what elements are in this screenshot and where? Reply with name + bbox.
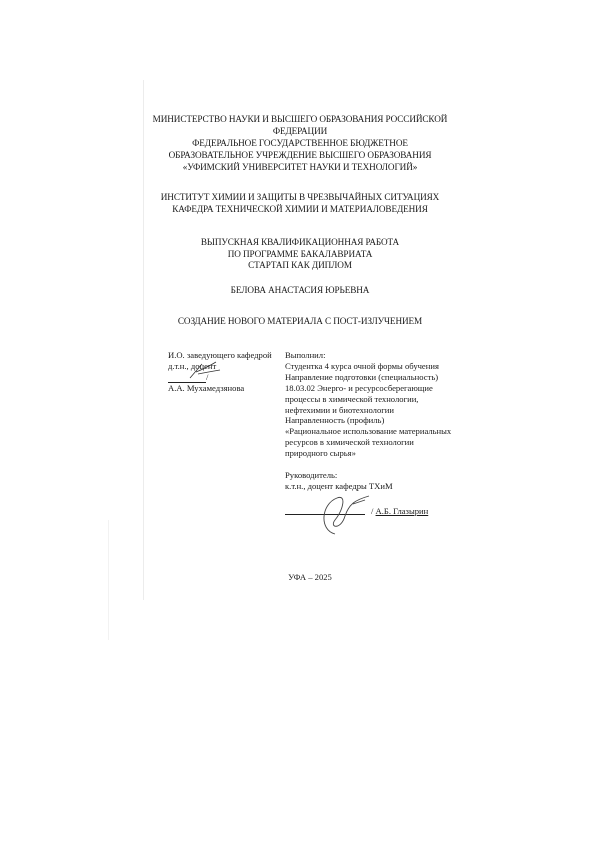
institute-name: ИНСТИТУТ ХИМИИ И ЗАЩИТЫ В ЧРЕЗВЫЧАЙНЫХ С… xyxy=(140,191,460,203)
ministry-line: МИНИСТЕРСТВО НАУКИ И ВЫСШЕГО ОБРАЗОВАНИЯ… xyxy=(140,113,460,125)
ministry-header: МИНИСТЕРСТВО НАУКИ И ВЫСШЕГО ОБРАЗОВАНИЯ… xyxy=(140,113,460,173)
performed-line: 18.03.02 Энерго- и ресурсосберегающие xyxy=(285,383,485,394)
work-type-line: ВЫПУСКНАЯ КВАЛИФИКАЦИОННАЯ РАБОТА xyxy=(140,237,460,249)
supervisor-signature-row: / А.Б. Глазырин xyxy=(285,498,485,528)
department-name: КАФЕДРА ТЕХНИЧЕСКОЙ ХИМИИ И МАТЕРИАЛОВЕД… xyxy=(140,203,460,215)
separator: / xyxy=(371,506,373,516)
supervisor-name: А.Б. Глазырин xyxy=(376,506,429,516)
performed-line: Направленность (профиль) xyxy=(285,415,485,426)
ministry-line: ФЕДЕРАЛЬНОЕ ГОСУДАРСТВЕННОЕ БЮДЖЕТНОЕ xyxy=(140,137,460,149)
supervisor-signature-icon xyxy=(313,490,373,538)
supervisor-name-block: / А.Б. Глазырин xyxy=(371,506,428,517)
performed-line: «Рациональное использование материальных xyxy=(285,426,485,437)
head-signature-icon xyxy=(186,358,226,382)
ministry-line: ОБРАЗОВАТЕЛЬНОЕ УЧРЕЖДЕНИЕ ВЫСШЕГО ОБРАЗ… xyxy=(140,149,460,161)
performed-label: Выполнил: xyxy=(285,350,485,361)
work-type-line: СТАРТАП КАК ДИПЛОМ xyxy=(140,260,460,272)
thesis-topic: СОЗДАНИЕ НОВОГО МАТЕРИАЛА С ПОСТ-ИЗЛУЧЕН… xyxy=(140,315,460,327)
performed-line: ресурсов в химической технологии xyxy=(285,437,485,448)
author-name: БЕЛОВА АНАСТАСИЯ ЮРЬЕВНА xyxy=(140,284,460,296)
performed-line: природного сырья» xyxy=(285,448,485,459)
ministry-line: ФЕДЕРАЦИИ xyxy=(140,125,460,137)
work-type-block: ВЫПУСКНАЯ КВАЛИФИКАЦИОННАЯ РАБОТА ПО ПРО… xyxy=(140,237,460,272)
city-year: УФА – 2025 xyxy=(260,572,360,582)
head-name: А.А. Мухамедзянова xyxy=(168,383,272,394)
performed-line: процессы в химической технологии, xyxy=(285,394,485,405)
ministry-line: «УФИМСКИЙ УНИВЕРСИТЕТ НАУКИ И ТЕХНОЛОГИЙ… xyxy=(140,161,460,173)
supervisor-label: Руководитель: xyxy=(285,470,485,481)
scan-edge xyxy=(108,520,109,640)
performed-line: нефтехимии и биотехнологии xyxy=(285,405,485,416)
performed-block: Выполнил: Студентка 4 курса очной формы … xyxy=(285,350,485,528)
institute-block: ИНСТИТУТ ХИМИИ И ЗАЩИТЫ В ЧРЕЗВЫЧАЙНЫХ С… xyxy=(140,191,460,215)
work-type-line: ПО ПРОГРАММЕ БАКАЛАВРИАТА xyxy=(140,249,460,261)
performed-line: Направление подготовки (специальность) xyxy=(285,372,485,383)
head-of-department-block: И.О. заведующего кафедрой д.т.н., доцент… xyxy=(168,350,272,394)
performed-line: Студентка 4 курса очной формы обучения xyxy=(285,361,485,372)
